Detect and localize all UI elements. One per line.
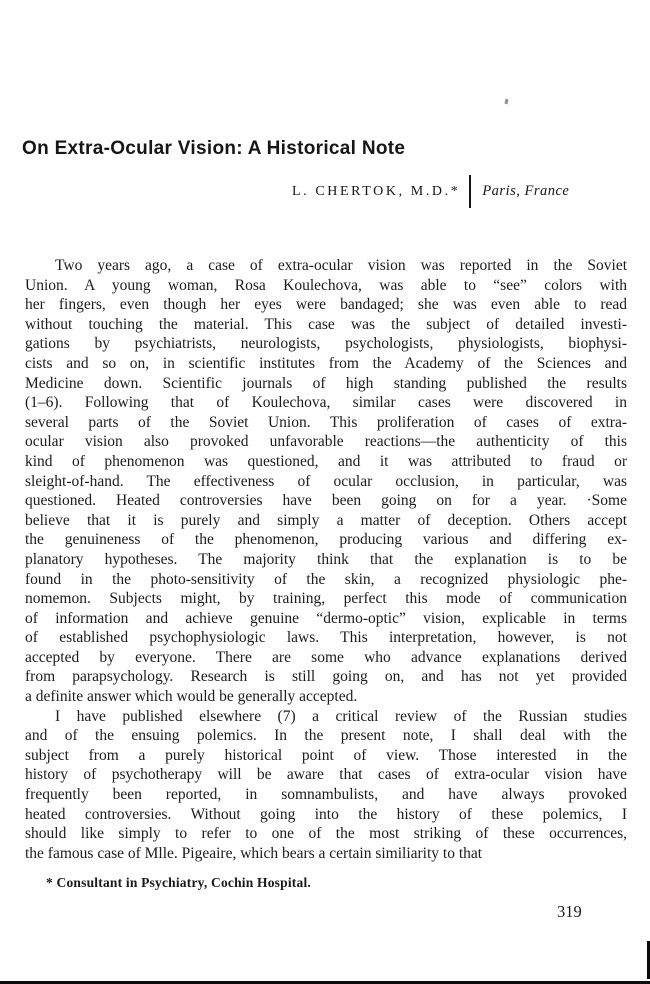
- text-line: her fingers, even though her eyes were b…: [25, 295, 627, 315]
- document-page: On Extra-Ocular Vision: A Historical Not…: [0, 0, 650, 984]
- text-line: I have published elsewhere (7) a critica…: [25, 707, 627, 727]
- text-line: questioned. Heated controversies have be…: [25, 491, 627, 511]
- text-line: the genuineness of the phenomenon, produ…: [25, 530, 627, 550]
- text-line: from parapsychology. Research is still g…: [25, 667, 627, 687]
- text-line: Two years ago, a case of extra-ocular vi…: [25, 256, 627, 276]
- text-line: gations by psychiatrists, neurologists, …: [25, 334, 627, 354]
- text-line: cists and so on, in scientific institute…: [25, 354, 627, 374]
- scan-speck: [505, 99, 509, 105]
- text-line: accepted by everyone. There are some who…: [25, 648, 627, 668]
- text-line: sleight-of-hand. The effectiveness of oc…: [25, 472, 627, 492]
- text-line: history of psychotherapy will be aware t…: [25, 765, 627, 785]
- author-location: Paris, France: [482, 183, 569, 200]
- text-line: ocular vision also provoked unfavorable …: [25, 432, 627, 452]
- text-line: several parts of the Soviet Union. This …: [25, 413, 627, 433]
- text-line: (1–6). Following that of Koulechova, sim…: [25, 393, 627, 413]
- page-number: 319: [557, 902, 582, 922]
- byline: L. CHERTOK, M.D.* Paris, France: [292, 175, 569, 208]
- article-title: On Extra-Ocular Vision: A Historical Not…: [22, 138, 405, 160]
- text-line: and of the ensuing polemics. In the pres…: [25, 726, 627, 746]
- text-line: subject from a purely historical point o…: [25, 746, 627, 766]
- text-line: found in the photo-sensitivity of the sk…: [25, 570, 627, 590]
- text-line: should like simply to refer to one of th…: [25, 824, 627, 844]
- text-line: frequently been reported, in somnambulis…: [25, 785, 627, 805]
- byline-divider: [469, 175, 471, 208]
- text-line: heated controversies. Without going into…: [25, 805, 627, 825]
- text-line: of information and achieve genuine “derm…: [25, 609, 627, 629]
- text-line: nomemon. Subjects might, by training, pe…: [25, 589, 627, 609]
- footnote: * Consultant in Psychiatry, Cochin Hospi…: [46, 875, 311, 891]
- text-line: kind of phenomenon was questioned, and i…: [25, 452, 627, 472]
- author-name: L. CHERTOK, M.D.*: [292, 184, 460, 200]
- text-line: Medicine down. Scientific journals of hi…: [25, 374, 627, 394]
- text-line: of established psychophysiologic laws. T…: [25, 628, 627, 648]
- text-line: believe that it is purely and simply a m…: [25, 511, 627, 531]
- text-line: the famous case of Mlle. Pigeaire, which…: [25, 844, 627, 864]
- text-line: a definite answer which would be general…: [25, 687, 627, 707]
- text-line: planatory hypotheses. The majority think…: [25, 550, 627, 570]
- text-line: Union. A young woman, Rosa Koulechova, w…: [25, 276, 627, 296]
- text-line: without touching the material. This case…: [25, 315, 627, 335]
- article-body: Two years ago, a case of extra-ocular vi…: [25, 256, 627, 863]
